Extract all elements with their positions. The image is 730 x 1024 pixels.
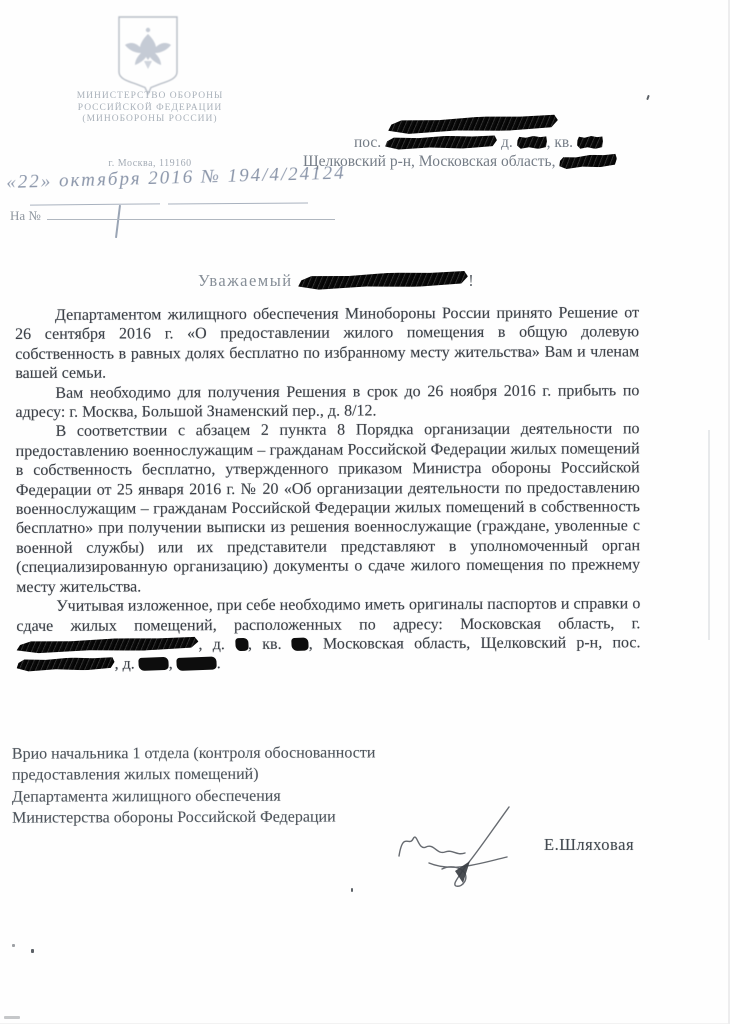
redaction-scribble: [16, 636, 198, 654]
p4-text: , кв.: [248, 636, 292, 653]
double-eagle-icon: [125, 28, 171, 69]
redaction-scribble: [559, 153, 618, 170]
scan-edge-smudge: [708, 430, 710, 640]
recipient-address-line: пос. д. , кв.: [354, 134, 603, 152]
reference-label: На №: [10, 208, 41, 223]
scan-speck: [31, 949, 34, 953]
signer-name: Е.Шляховая: [544, 835, 634, 855]
signer-title-line: Врио начальника 1 отдела (контроля обосн…: [12, 742, 376, 765]
recipient-district-text: Щелковский р-н, Московская область,: [303, 153, 559, 170]
p4-text: , д.: [115, 656, 139, 673]
form-underline: [47, 208, 335, 220]
redaction-scribble: [388, 114, 558, 136]
salutation-line: Уважаемый !: [198, 271, 474, 291]
p4-text: , Московская область, Щелковский р-н, по…: [309, 634, 641, 652]
p4-text: , д.: [198, 636, 235, 653]
recipient-apt-label: , кв.: [547, 134, 577, 151]
form-underline: [30, 203, 160, 205]
ministry-line: МИНИСТЕРСТВО ОБОРОНЫ: [35, 91, 265, 103]
recipient-settlement-label: пос.: [354, 134, 385, 151]
redaction-scribble: [235, 638, 249, 652]
ministry-emblem-icon: [116, 15, 180, 97]
body-paragraph-3: В соответствии с абзацем 2 пункта 8 Поря…: [16, 420, 641, 597]
ministry-line: (МИНОБОРОНЫ РОССИИ): [35, 114, 265, 126]
salutation-punct: !: [468, 271, 474, 290]
letter-body: Департаментом жилищного обеспечения Мино…: [15, 303, 641, 674]
form-underline: [168, 203, 308, 205]
redaction-scribble: [577, 136, 603, 150]
p4-text: ,: [169, 656, 177, 673]
ministry-line: РОССИЙСКОЙ ФЕДЕРАЦИИ: [35, 103, 265, 115]
recipient-house-label: д.: [497, 134, 517, 151]
redaction-scribble: [292, 637, 309, 651]
redaction-scribble: [16, 657, 114, 673]
salutation-prefix: Уважаемый: [198, 271, 298, 290]
body-paragraph-1: Департаментом жилищного обеспечения Мино…: [15, 303, 639, 383]
redaction-scribble: [385, 135, 497, 151]
redaction-scribble: [516, 136, 546, 150]
redaction-scribble: [138, 657, 168, 671]
ministry-name-block: МИНИСТЕРСТВО ОБОРОНЫ РОССИЙСКОЙ ФЕДЕРАЦИ…: [35, 91, 265, 126]
signer-title-line: Департамента жилищного обеспечения: [12, 785, 376, 808]
p4-text: .: [217, 655, 221, 672]
p4-text: Учитывая изложенное, при себе необходимо…: [16, 595, 640, 634]
body-paragraph-2: Вам необходимо для получения Решения в с…: [15, 381, 639, 423]
redaction-scribble: [176, 657, 216, 672]
reference-number-line: На №: [10, 208, 335, 224]
body-paragraph-4: Учитывая изложенное, при себе необходимо…: [16, 594, 640, 674]
signer-title-block: Врио начальника 1 отдела (контроля обосн…: [12, 742, 376, 828]
scanned-letter-page: МИНИСТЕРСТВО ОБОРОНЫ РОССИЙСКОЙ ФЕДЕРАЦИ…: [0, 0, 730, 1024]
recipient-district-line: Щелковский р-н, Московская область,: [303, 153, 617, 171]
signature-autograph: [393, 801, 543, 891]
scan-speck: [12, 944, 15, 947]
scan-speck: [646, 95, 650, 100]
signer-title-line: предоставления жилых помещений): [12, 764, 376, 787]
signer-title-line: Министерства обороны Российской Федераци…: [12, 806, 376, 829]
redaction-scribble: [298, 270, 468, 291]
scan-speck: [4, 1016, 20, 1019]
scan-speck: [351, 888, 353, 892]
